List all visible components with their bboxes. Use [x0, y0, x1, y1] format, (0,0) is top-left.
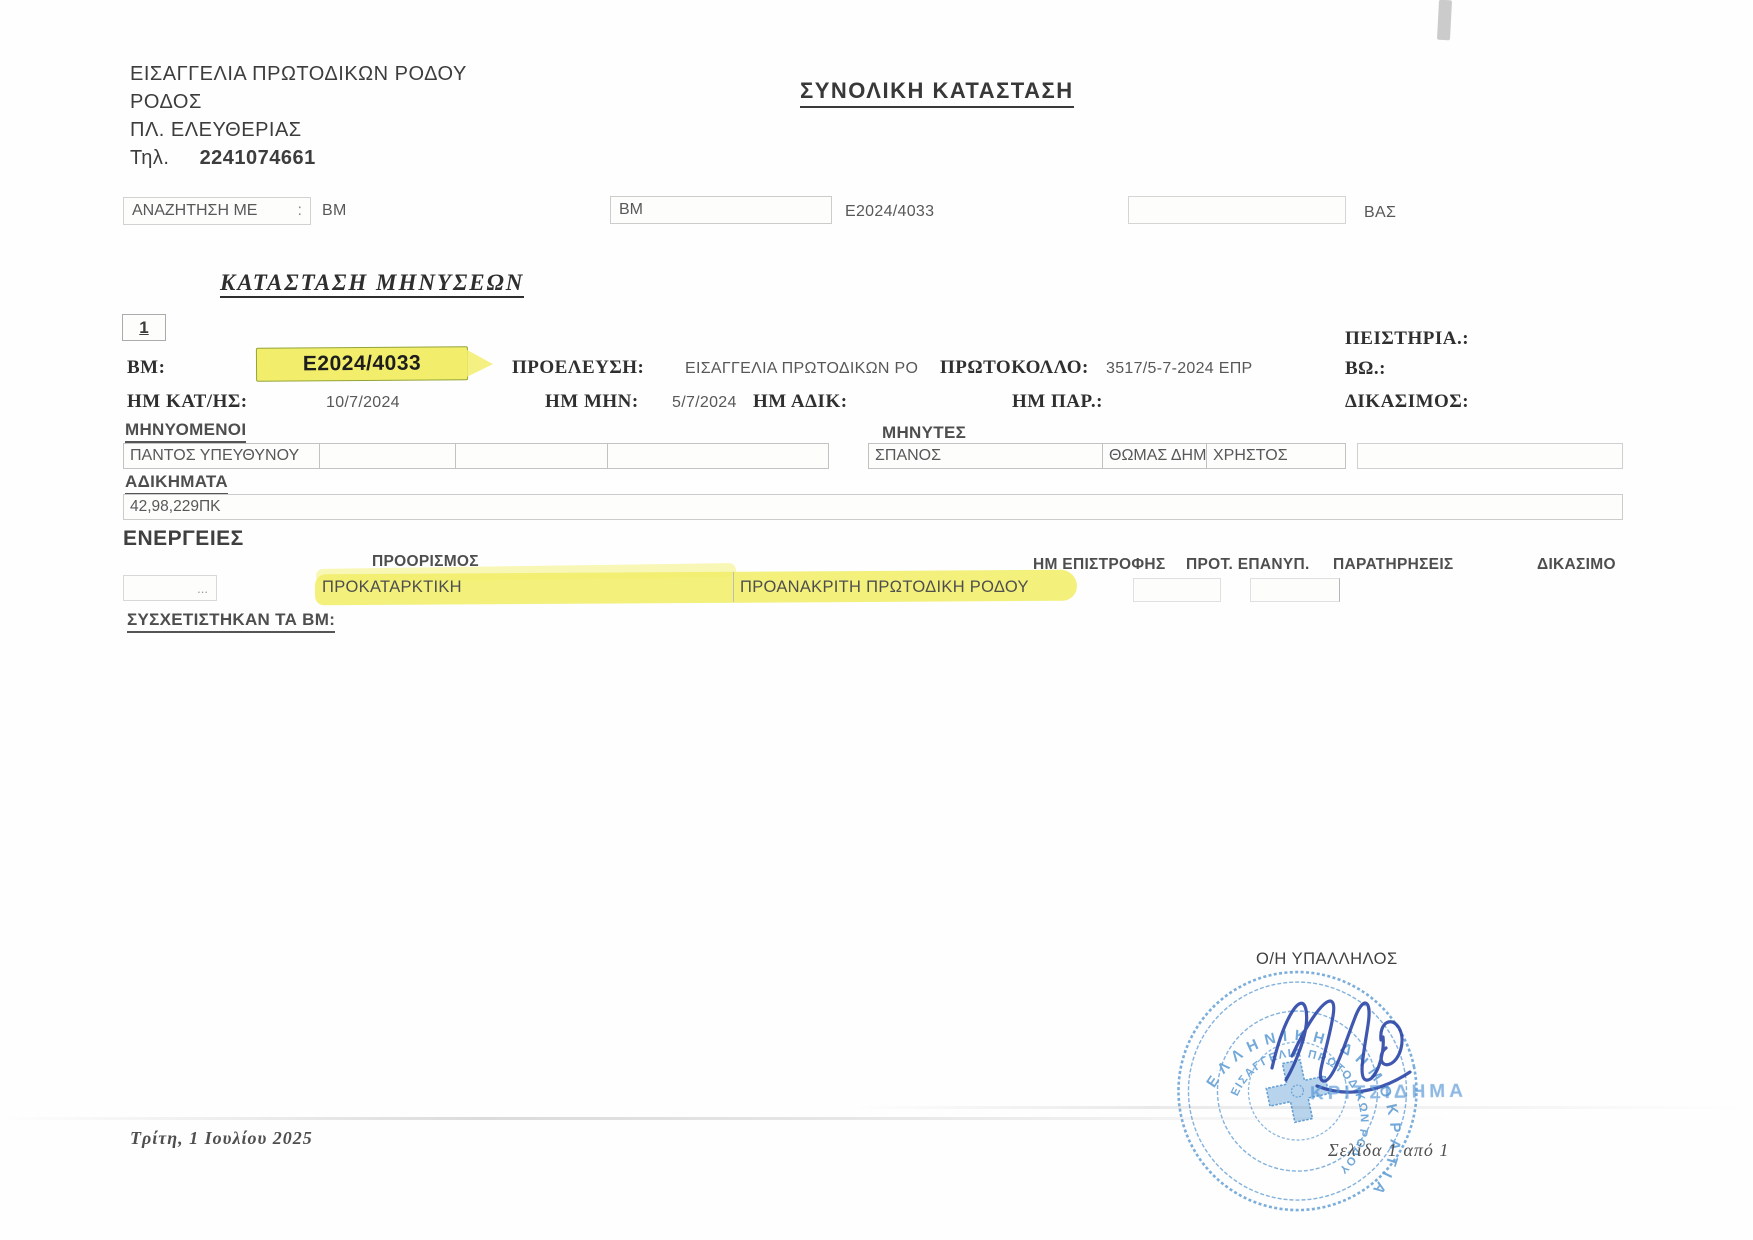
search-criterion: ΒΜ: [322, 202, 347, 220]
bm-label: ΒΜ:: [127, 357, 165, 379]
minyomenoi-heading: ΜΗΝΥΟΜΕΝΟΙ: [125, 420, 246, 443]
minyomenoi-cell: [320, 444, 456, 468]
search-label: ΑΝΑΖΗΤΗΣΗ ΜΕ: [132, 202, 257, 220]
search-colon: :: [298, 202, 302, 220]
office-phone: Τηλ. 2241074661: [130, 144, 467, 172]
minyomenoi-cell: [608, 444, 828, 468]
proelefsi-label: ΠΡΟΕΛΕΥΣΗ:: [512, 357, 644, 379]
footer-date: Τρίτη, 1 Ιουλίου 2025: [130, 1128, 313, 1149]
correlation-label: ΣΥΣΧΕΤΙΣΤΗΚΑΝ ΤΑ ΒΜ:: [127, 610, 335, 633]
search-field-value: ΒΜ: [619, 201, 643, 219]
im-par-label: ΗΜ ΠΑΡ.:: [1012, 391, 1103, 413]
minyomenoi-cell: ΠΑΝΤΟΣ ΥΠΕΥΘΥΝΟΥ: [124, 444, 320, 468]
minytes-row: ΣΠΑΝΟΣ ΘΩΜΑΣ ΔΗΜ ΧΡΗΣΤΟΣ: [868, 443, 1346, 469]
minytes-cell: ΧΡΗΣΤΟΣ: [1207, 444, 1345, 468]
action-ellipsis-cell: ...: [123, 575, 217, 601]
minyomenoi-row: ΠΑΝΤΟΣ ΥΠΕΥΘΥΝΟΥ: [123, 443, 829, 469]
energeies-heading: ΕΝΕΡΓΕΙΕΣ: [123, 527, 244, 551]
im-min-label: ΗΜ ΜΗΝ:: [545, 391, 639, 413]
record-number: 1: [139, 318, 148, 338]
adikimata-value: 42,98,229ΠΚ: [124, 495, 1622, 519]
search-suffix: ΒΑΣ: [1364, 204, 1396, 222]
office-name: ΕΙΣΑΓΓΕΛΙΑ ΠΡΩΤΟΔΙΚΩΝ ΡΟΔΟΥ: [130, 60, 467, 88]
minytes-cell: ΘΩΜΑΣ ΔΗΜ: [1103, 444, 1207, 468]
letterhead: ΕΙΣΑΓΓΕΛΙΑ ΠΡΩΤΟΔΙΚΩΝ ΡΟΔΟΥ ΡΟΔΟΣ ΠΛ. ΕΛ…: [130, 60, 467, 172]
col-dikasimo: ΔΙΚΑΣΙΜΟ: [1537, 556, 1616, 574]
signatory-role-label: Ο/Η ΥΠΑΛΛΗΛΟΣ: [1256, 950, 1398, 969]
minytes-empty-cell: [1358, 444, 1622, 468]
phone-label: Τηλ.: [130, 147, 169, 169]
scan-smudge-top-right: [1437, 0, 1452, 40]
ellipsis-icon: ...: [197, 581, 208, 596]
office-address: ΠΛ. ΕΛΕΥΘΕΡΙΑΣ: [130, 116, 467, 144]
im-epistrofis-cell: [1133, 578, 1221, 602]
adikimata-row: 42,98,229ΠΚ: [123, 494, 1623, 520]
minytes-cell: ΣΠΑΝΟΣ: [869, 444, 1103, 468]
record-number-box: 1: [122, 314, 166, 341]
search-field: ΒΜ: [610, 196, 832, 224]
bo-label: ΒΩ.:: [1345, 358, 1386, 380]
search-criteria-box: ΑΝΑΖΗΤΗΣΗ ΜΕ :: [123, 197, 311, 225]
dikasimos-label: ΔΙΚΑΣΙΜΟΣ:: [1345, 391, 1469, 413]
adikimata-heading: ΑΔΙΚΗΜΑΤΑ: [125, 472, 228, 495]
protokollo-value: 3517/5-7-2024 ΕΠΡ: [1106, 360, 1253, 378]
section-title: ΚΑΤΑΣΤΑΣΗ ΜΗΝΥΣΕΩΝ: [220, 270, 524, 298]
scan-streak-1: [0, 1117, 1460, 1120]
office-city: ΡΟΔΟΣ: [130, 88, 467, 116]
proelefsi-value: ΕΙΣΑΓΓΕΛΙΑ ΠΡΩΤΟΔΙΚΩΝ ΡΟ: [685, 360, 918, 378]
col-paratiriseis: ΠΑΡΑΤΗΡΗΣΕΙΣ: [1333, 556, 1454, 574]
protokollo-label: ΠΡΩΤΟΚΟΛΛΟ:: [940, 357, 1089, 379]
scanned-document-page: ΕΙΣΑΓΓΕΛΙΑ ΠΡΩΤΟΔΙΚΩΝ ΡΟΔΟΥ ΡΟΔΟΣ ΠΛ. ΕΛ…: [0, 0, 1753, 1240]
action-cell-divider: [733, 572, 734, 602]
action-destination: ΠΡΟΑΝΑΚΡΙΤΗ ΠΡΩΤΟΔΙΚΗ ΡΟΔΟΥ: [740, 578, 1029, 597]
im-kat-value: 10/7/2024: [326, 394, 400, 412]
peistiria-label: ΠΕΙΣΤΗΡΙΑ.:: [1345, 328, 1469, 350]
minyomenoi-cell: [456, 444, 608, 468]
scan-streak-2: [850, 1106, 1750, 1109]
im-kat-label: ΗΜ ΚΑΤ/ΗΣ:: [127, 391, 248, 413]
col-prot-epanyp: ΠΡΟΤ. ΕΠΑΝΥΠ.: [1186, 556, 1310, 574]
search-field-empty: [1128, 196, 1346, 224]
bm-value-highlight: Ε2024/4033: [256, 346, 468, 381]
prot-epanyp-cell: [1250, 578, 1340, 602]
document-title: ΣΥΝΟΛΙΚΗ ΚΑΤΑΣΤΑΣΗ: [800, 78, 1074, 108]
highlight-marker-tail: [466, 349, 493, 377]
action-type: ΠΡΟΚΑΤΑΡΚΤΙΚΗ: [322, 578, 462, 597]
minytes-extra-cell: [1357, 443, 1623, 469]
footer-page-info: Σελίδα 1 από 1: [1328, 1140, 1449, 1161]
signatory-faint-name: ΚΡΙΤΣΙΔΗΜΑ: [1310, 1081, 1467, 1106]
im-min-value: 5/7/2024: [672, 394, 737, 412]
search-query-value: Ε2024/4033: [845, 203, 934, 221]
phone-number: 2241074661: [200, 147, 316, 169]
bm-value: Ε2024/4033: [303, 352, 421, 377]
im-adik-label: ΗΜ ΑΔΙΚ:: [753, 391, 848, 413]
